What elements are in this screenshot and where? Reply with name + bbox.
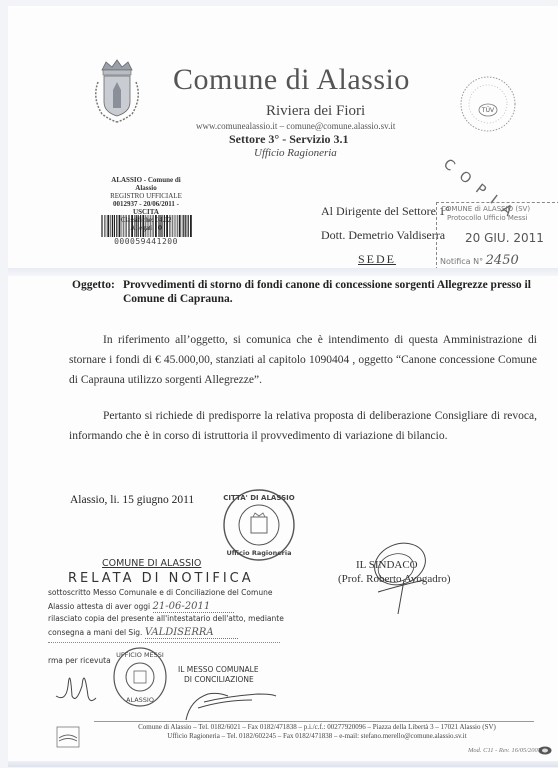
letterhead-contacts: www.comunealassio.it – comune@comune.ala… [196, 121, 395, 131]
body-paragraph-1: In riferimento all’oggetto, si comunica … [69, 330, 537, 390]
messenger-label: IL MESSO COMUNALE DI CONCILIAZIONE [178, 665, 259, 685]
messenger-office-seal-icon: UFFICIO MESSI ALASSIO [112, 646, 168, 708]
messenger-signature [168, 686, 278, 720]
paper-fold-bottom [8, 761, 558, 767]
notification-date: 21-06-2011 [153, 601, 235, 613]
svg-text:UFFICIO MESSI: UFFICIO MESSI [116, 651, 164, 659]
letterhead-sector: Settore 3° - Servizio 3.1 [229, 132, 349, 147]
recipient-signature [52, 656, 102, 706]
signer-block: IL SINDACO (Prof. Roberto Avogadro) [338, 558, 451, 586]
model-revision: Mod. C11 - Rev. 16/05/2007 - [468, 747, 545, 754]
protocol-stamp: COMUNE di ALASSIO (SV) Protocollo Uffici… [436, 202, 558, 270]
office-seal-icon: CITTA' DI ALASSIO Ufficio Ragioneria [221, 487, 297, 563]
barcode [100, 215, 192, 237]
footer-contacts: Comune di Alassio – Tel. 0182/6021 – Fax… [92, 723, 542, 741]
copy-stamp: COPIA [446, 134, 556, 204]
letterhead-title: Comune di Alassio [173, 63, 410, 97]
svg-text:CITTA' DI ALASSIO: CITTA' DI ALASSIO [223, 494, 294, 502]
letterhead-office: Ufficio Ragioneria [254, 147, 337, 159]
svg-text:ALASSIO: ALASSIO [126, 696, 154, 704]
document-page: Comune di Alassio Riviera dei Fiori www.… [8, 6, 558, 766]
recipient-block: Al Dirigente del Settore 1° Dott. Demetr… [321, 199, 450, 271]
signer-title: IL SINDACO [356, 558, 451, 572]
liguria-logo-icon [56, 726, 80, 748]
footer-divider [94, 721, 534, 722]
letterhead-subtitle: Riviera dei Fiori [266, 103, 365, 120]
notifica-number: 2450 [486, 253, 519, 268]
signer-name: (Prof. Roberto Avogadro) [338, 572, 451, 586]
place-date: Alassio, li. 15 giugno 2011 [70, 494, 194, 506]
tuv-certification-seal-icon: TÜV [457, 73, 519, 135]
barcode-number: 000059441200 [100, 237, 192, 246]
certification-mark-icon [538, 746, 552, 755]
svg-text:TÜV: TÜV [481, 107, 495, 114]
paper-fold [8, 268, 558, 276]
body-paragraph-2: Pertanto si richiede di predisporre la r… [69, 406, 537, 446]
subject-label: Oggetto: [72, 278, 115, 292]
recipient-line2: Dott. Demetrio Valdiserra [321, 223, 450, 247]
svg-text:Ufficio Ragioneria: Ufficio Ragioneria [227, 549, 292, 557]
notification-recipient: VALDISERRA [145, 627, 238, 639]
coat-of-arms-icon [88, 58, 146, 130]
recipient-line1: Al Dirigente del Settore 1° [321, 199, 450, 223]
subject-text: Provvedimenti di storno di fondi canone … [123, 278, 543, 306]
